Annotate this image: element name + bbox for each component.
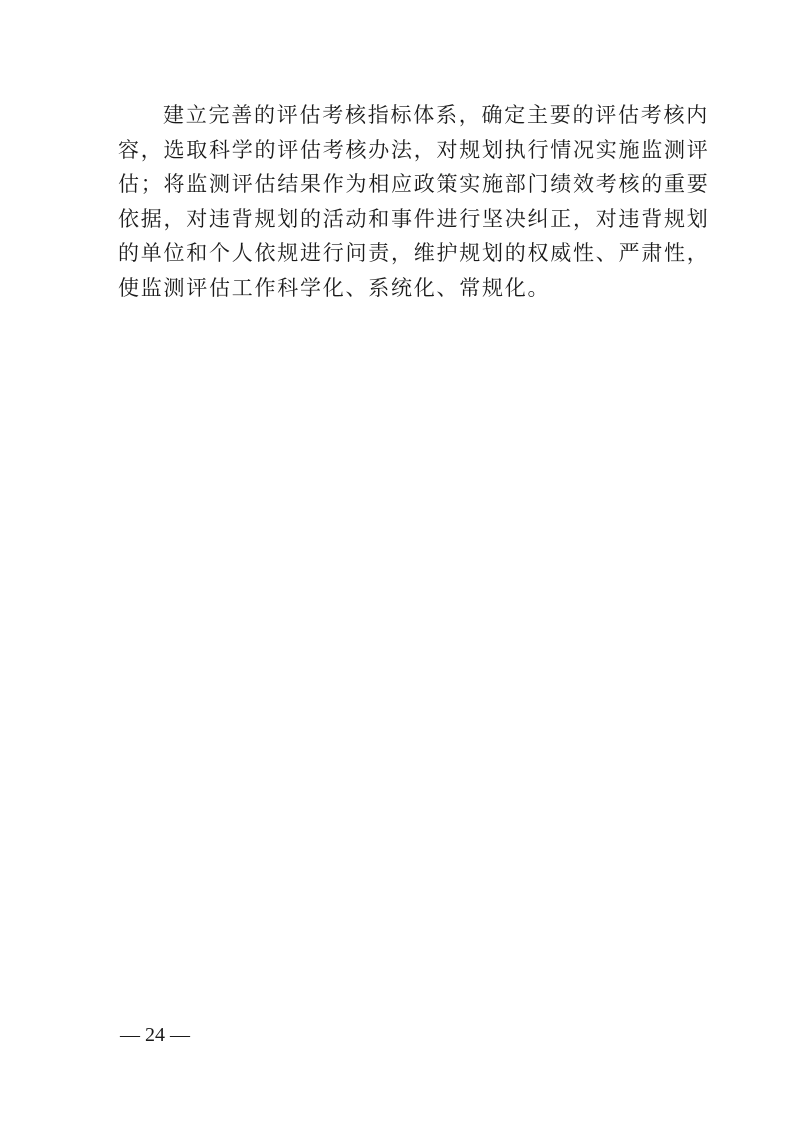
page-number: — 24 — — [120, 1024, 190, 1047]
paragraph-line: 容，选取科学的评估考核办法，对规划执行情况实施监测评 — [118, 133, 678, 168]
paragraph-line: 估；将监测评估结果作为相应政策实施部门绩效考核的重要 — [118, 167, 678, 202]
paragraph-line: 依据，对违背规划的活动和事件进行坚决纠正，对违背规划 — [118, 202, 678, 237]
paragraph-line: 建立完善的评估考核指标体系，确定主要的评估考核内 — [118, 98, 678, 133]
document-page: 建立完善的评估考核指标体系，确定主要的评估考核内 容，选取科学的评估考核办法，对… — [0, 0, 793, 1122]
body-paragraph: 建立完善的评估考核指标体系，确定主要的评估考核内 容，选取科学的评估考核办法，对… — [118, 98, 678, 306]
paragraph-line: 的单位和个人依规进行问责，维护规划的权威性、严肃性， — [118, 236, 678, 271]
paragraph-line: 使监测评估工作科学化、系统化、常规化。 — [118, 271, 678, 306]
